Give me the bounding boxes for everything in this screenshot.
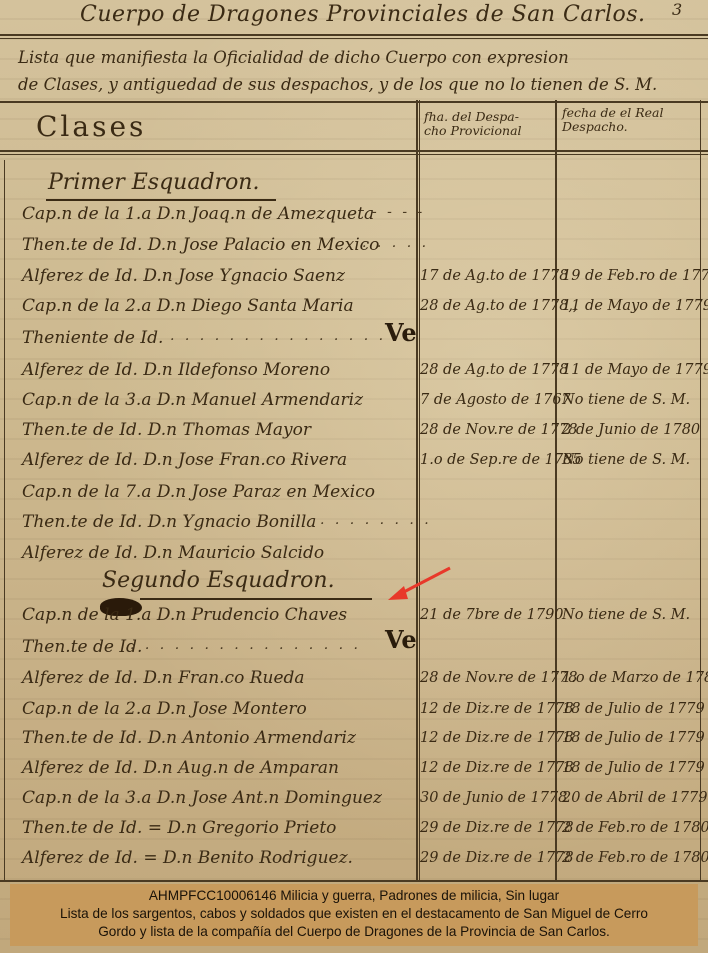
leader-dots: - - - - bbox=[372, 204, 425, 220]
officer-name: Cap.n de la 2.a D.n Jose Montero bbox=[22, 699, 307, 719]
provisional-date: 29 de Diz.re de 1778 bbox=[420, 850, 574, 866]
vacante-mark: Ve bbox=[385, 625, 417, 654]
archive-caption: AHMPFCC10006146 Milicia y guerra, Padron… bbox=[10, 884, 698, 946]
leader-dots: . . . . . bbox=[362, 235, 429, 251]
header-line: cho Provicional bbox=[424, 124, 522, 138]
officer-name: Cap.n de la 2.a D.n Diego Santa Maria bbox=[22, 296, 354, 316]
vacante-text: Ve bbox=[385, 318, 417, 347]
document-intro: Lista que manifiesta la Oficialidad de d… bbox=[18, 44, 708, 98]
real-date: No tiene de S. M. bbox=[562, 607, 690, 623]
real-date: 2 de Feb.ro de 1780 bbox=[562, 850, 708, 866]
real-date: No tiene de S. M. bbox=[562, 452, 690, 468]
manuscript-page: Cuerpo de Dragones Provinciales de San C… bbox=[0, 0, 708, 953]
rule-line bbox=[0, 34, 708, 36]
table-row: Cap.n de la 2.a D.n Diego Santa Maria 28… bbox=[0, 296, 708, 326]
document-title: Cuerpo de Dragones Provinciales de San C… bbox=[80, 2, 646, 32]
provisional-date: 12 de Diz.re de 1778 bbox=[420, 760, 574, 776]
officer-name: Alferez de Id. D.n Jose Fran.co Rivera bbox=[22, 450, 347, 470]
rule-line bbox=[0, 154, 708, 155]
vacante-mark: Ve bbox=[385, 318, 417, 347]
officer-name: Cap.n de la 3.a D.n Manuel Armendariz bbox=[22, 390, 363, 410]
leader-dots: . . . . . . . . bbox=[320, 512, 432, 528]
officer-name: Cap.n de la 3.a D.n Jose Ant.n Dominguez bbox=[22, 788, 382, 808]
table-row: Then.te de Id. D.n Thomas Mayor 28 de No… bbox=[0, 420, 708, 450]
table-row: Alferez de Id. D.n Jose Ygnacio Saenz 17… bbox=[0, 266, 708, 296]
table-row: Cap.n de la 2.a D.n Jose Montero 12 de D… bbox=[0, 699, 708, 729]
table-row: Cap.n de la 3.a D.n Jose Ant.n Dominguez… bbox=[0, 788, 708, 818]
intro-line-1: Lista que manifiesta la Oficialidad de d… bbox=[18, 44, 708, 71]
officer-name: Alferez de Id. D.n Ildefonso Moreno bbox=[22, 360, 330, 380]
column-header-clases: Clases bbox=[36, 110, 146, 143]
caption-line-2: Lista de los sargentos, cabos y soldados… bbox=[10, 905, 698, 923]
officer-name: Alferez de Id. D.n Fran.co Rueda bbox=[22, 668, 305, 688]
caption-line-3: Gordo y lista de la compañía del Cuerpo … bbox=[10, 923, 698, 941]
provisional-date: 28 de Nov.re de 1778 bbox=[420, 670, 578, 686]
table-row: Then.te de Id. D.n Antonio Armendariz 12… bbox=[0, 728, 708, 758]
officer-name: Cap.n de la 1.a D.n Prudencio Chaves bbox=[22, 605, 347, 625]
real-date: 2 de Feb.ro de 1780 bbox=[562, 820, 708, 836]
leader-dots: . . . . . . . . . . . . . . . . bbox=[130, 637, 361, 653]
provisional-date: 29 de Diz.re de 1778 bbox=[420, 820, 574, 836]
officer-name: Alferez de Id. D.n Mauricio Salcido bbox=[22, 543, 324, 563]
provisional-date: 28 de Ag.to de 1778,, bbox=[420, 298, 578, 314]
table-row: Alferez de Id. D.n Aug.n de Amparan 12 d… bbox=[0, 758, 708, 788]
section-title-segundo-esquadron: Segundo Esquadron. bbox=[102, 568, 335, 593]
table-row: Alferez de Id. D.n Fran.co Rueda 28 de N… bbox=[0, 668, 708, 698]
section-underline bbox=[46, 199, 276, 201]
intro-line-2: de Clases, y antiguedad de sus despachos… bbox=[18, 71, 708, 98]
officer-name: Then.te de Id. bbox=[22, 637, 142, 657]
officer-name: Then.te de Id. D.n Jose Palacio en Mexic… bbox=[22, 235, 379, 255]
real-date: 18 de Julio de 1779 bbox=[562, 730, 705, 746]
section-title-primer-esquadron: Primer Esquadron. bbox=[48, 170, 259, 195]
table-row: Theniente de Id. . . . . . . . . . . . .… bbox=[0, 328, 708, 358]
rule-line bbox=[0, 38, 708, 39]
real-date: 20 de Abril de 1779 bbox=[562, 790, 707, 806]
table-row: Alferez de Id. = D.n Benito Rodriguez. 2… bbox=[0, 848, 708, 878]
provisional-date: 1.o de Sep.re de 1785 bbox=[420, 452, 582, 468]
caption-line-1: AHMPFCC10006146 Milicia y guerra, Padron… bbox=[10, 887, 698, 905]
table-row: Alferez de Id. D.n Ildefonso Moreno 28 d… bbox=[0, 360, 708, 390]
real-date: 18 de Julio de 1779 bbox=[562, 760, 705, 776]
officer-name: Cap.n de la 7.a D.n Jose Paraz en Mexico bbox=[22, 482, 375, 502]
real-date: 1.o de Marzo de 1782 bbox=[562, 670, 708, 686]
page-number: 3 bbox=[672, 0, 682, 19]
officer-name: Then.te de Id. = D.n Gregorio Prieto bbox=[22, 818, 336, 838]
table-row: Cap.n de la 1.a D.n Prudencio Chaves 21 … bbox=[0, 605, 708, 635]
provisional-date: 12 de Diz.re de 1778 bbox=[420, 730, 574, 746]
header-line: fha. del Despa- bbox=[424, 110, 522, 124]
provisional-date: 30 de Junio de 1778 bbox=[420, 790, 567, 806]
real-date: 11 de Mayo de 1779,, bbox=[562, 362, 708, 378]
table-row: Then.te de Id. D.n Ygnacio Bonilla . . .… bbox=[0, 512, 708, 542]
column-header-real: fecha de el Real Despacho. bbox=[562, 106, 664, 134]
real-date: No tiene de S. M. bbox=[562, 392, 690, 408]
table-row: Cap.n de la 3.a D.n Manuel Armendariz 7 … bbox=[0, 390, 708, 420]
provisional-date: 21 de 7bre de 1790 bbox=[420, 607, 564, 623]
real-date: 2 de Junio de 1780 bbox=[562, 422, 700, 438]
table-row: Then.te de Id. . . . . . . . . . . . . .… bbox=[0, 637, 708, 667]
provisional-date: 28 de Ag.to de 1778 bbox=[420, 362, 568, 378]
vacante-text: Ve bbox=[385, 625, 417, 654]
red-arrow-annotation bbox=[386, 566, 456, 606]
section-underline bbox=[140, 598, 372, 600]
table-row: Then.te de Id. D.n Jose Palacio en Mexic… bbox=[0, 235, 708, 265]
officer-name: Then.te de Id. D.n Thomas Mayor bbox=[22, 420, 311, 440]
officer-name: Alferez de Id. = D.n Benito Rodriguez. bbox=[22, 848, 353, 868]
table-row: Cap.n de la 7.a D.n Jose Paraz en Mexico bbox=[0, 482, 708, 512]
officer-name: Theniente de Id. bbox=[22, 328, 163, 348]
table-row: Alferez de Id. D.n Jose Fran.co Rivera 1… bbox=[0, 450, 708, 480]
officer-name: Alferez de Id. D.n Jose Ygnacio Saenz bbox=[22, 266, 345, 286]
column-header-provisional: fha. del Despa- cho Provicional bbox=[424, 110, 522, 138]
real-date: 11 de Mayo de 1779 bbox=[562, 298, 708, 314]
header-line: Despacho. bbox=[562, 120, 664, 134]
officer-name: Alferez de Id. D.n Aug.n de Amparan bbox=[22, 758, 339, 778]
leader-dots: . . . . . . . . . . . . . . . bbox=[170, 328, 386, 344]
officer-name: Then.te de Id. D.n Ygnacio Bonilla bbox=[22, 512, 316, 532]
rule-line bbox=[0, 150, 708, 152]
officer-name: Cap.n de la 1.a D.n Joaq.n de Amezqueta bbox=[22, 204, 374, 224]
real-date: 18 de Julio de 1779 bbox=[562, 701, 705, 717]
provisional-date: 7 de Agosto de 1767 bbox=[420, 392, 571, 408]
officer-name: Then.te de Id. D.n Antonio Armendariz bbox=[22, 728, 356, 748]
real-date: 19 de Feb.ro de 1779 bbox=[562, 268, 708, 284]
rule-line bbox=[0, 880, 708, 882]
provisional-date: 17 de Ag.to de 1778 bbox=[420, 268, 568, 284]
table-row: Then.te de Id. = D.n Gregorio Prieto 29 … bbox=[0, 818, 708, 848]
rule-line bbox=[0, 101, 708, 103]
provisional-date: 12 de Diz.re de 1778 bbox=[420, 701, 574, 717]
table-row: Cap.n de la 1.a D.n Joaq.n de Amezqueta … bbox=[0, 204, 708, 234]
header-line: fecha de el Real bbox=[562, 106, 664, 120]
provisional-date: 28 de Nov.re de 1778 bbox=[420, 422, 578, 438]
